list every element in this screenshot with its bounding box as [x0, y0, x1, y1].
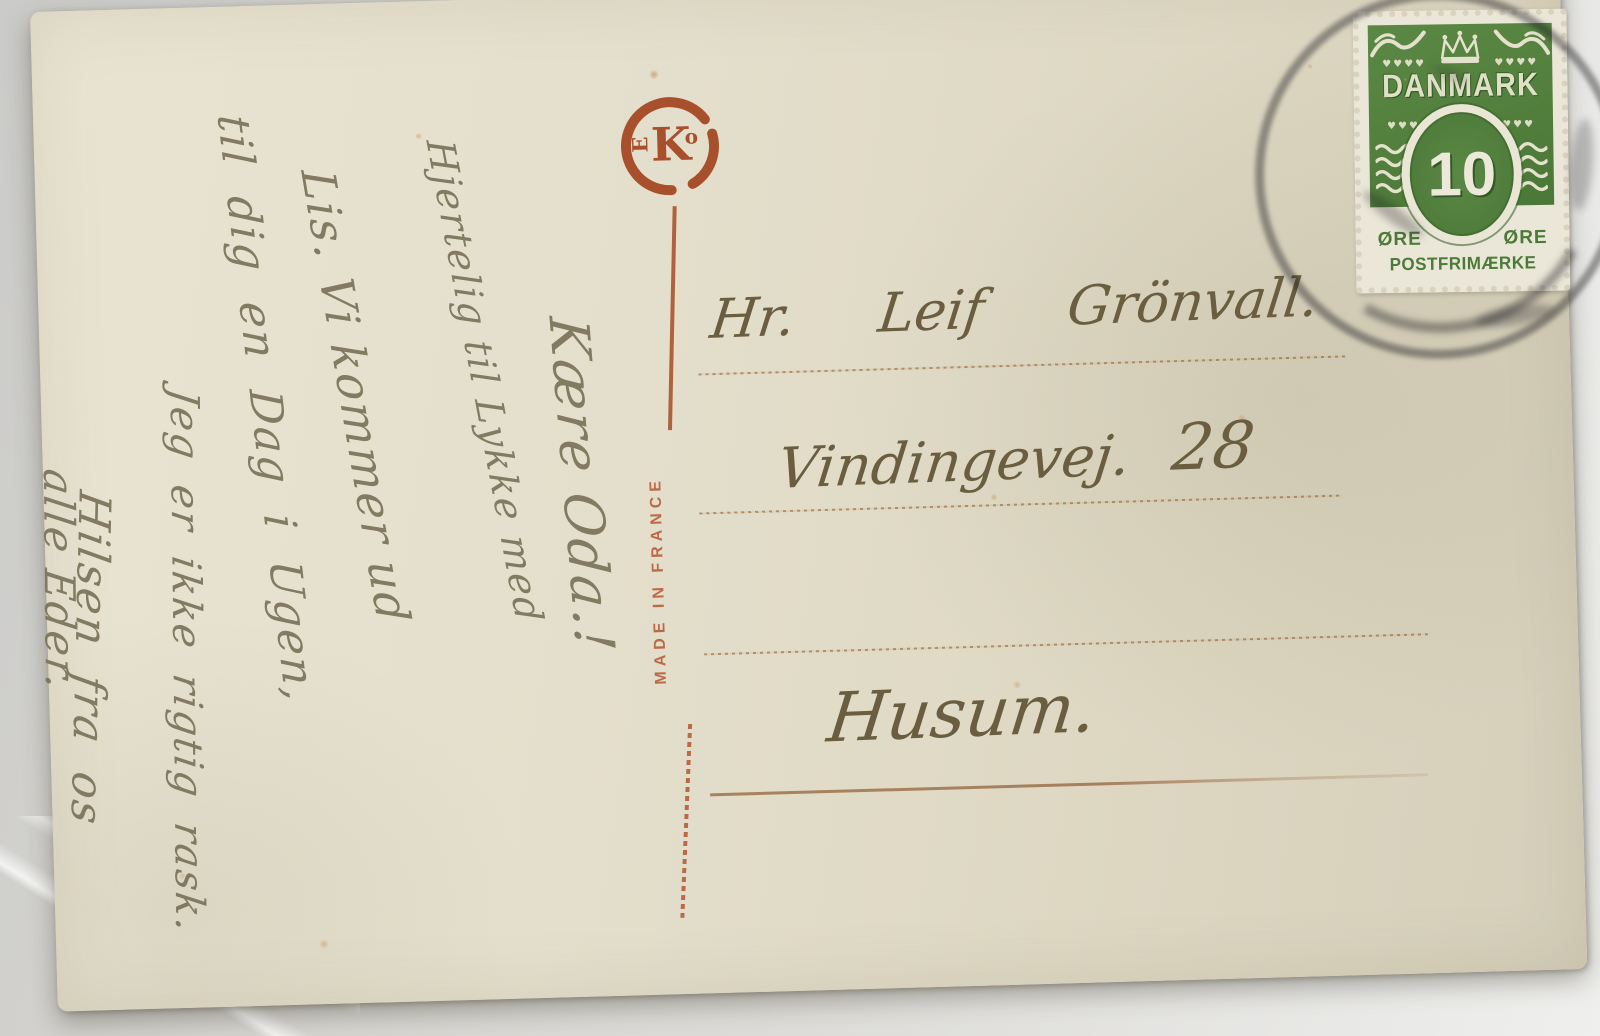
photo-of-postcard: E K o MADE IN FRANCE Kære Oda.! Hjerteli… — [0, 0, 1600, 1036]
made-in-france-imprint: MADE IN FRANCE — [646, 444, 675, 685]
address-salutation: Hr. — [707, 285, 799, 351]
message-line: Hjertelig til Lykke med — [417, 139, 552, 624]
address-last-name: Grönvall. — [1064, 265, 1322, 338]
divider-line — [668, 206, 677, 430]
logo-letter-o: o — [684, 124, 698, 148]
address-line-street: Vindingevej. 28 — [774, 418, 1257, 502]
divider-dotted-line — [680, 724, 692, 918]
logo-letter-e: E — [627, 136, 652, 153]
postcard-back: E K o MADE IN FRANCE Kære Oda.! Hjerteli… — [30, 0, 1587, 1012]
address-rule — [704, 633, 1428, 655]
address-first-name: Leif — [875, 278, 988, 345]
message-line: Jeg er ikke rigtig rask. — [161, 386, 213, 936]
message-line: Lis. Vi kommer ud — [290, 169, 421, 624]
publisher-logo: E K o — [613, 90, 726, 203]
address-rule — [710, 773, 1428, 796]
message-line: alle Eder. — [34, 466, 85, 694]
address-line-name: Hr. Leif Grönvall. — [707, 265, 1322, 351]
address-house-number: 28 — [1168, 408, 1258, 486]
message-line: Kære Oda.! — [536, 315, 626, 654]
address-line-town: Husum. — [823, 669, 1100, 759]
address-street: Vindingevej. — [774, 423, 1134, 502]
address-rule — [698, 355, 1346, 375]
